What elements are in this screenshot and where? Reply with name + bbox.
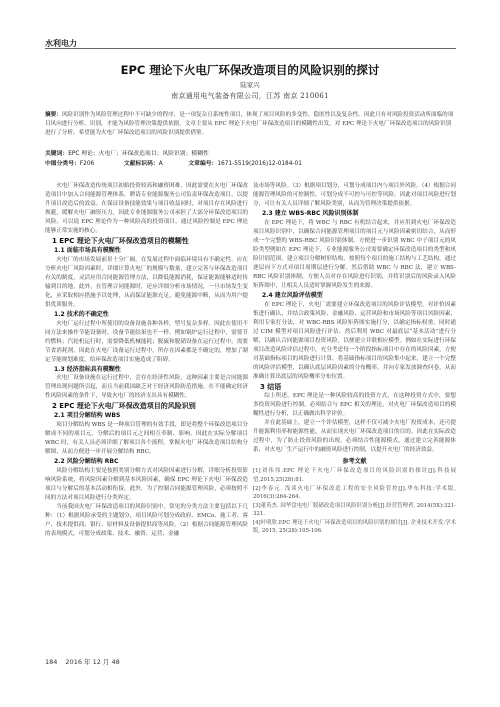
article-title: EPC 理论下火电厂环保改造项目的风险识别的探讨 (0, 62, 500, 78)
references-heading: 参考文献 (253, 457, 456, 466)
abstract-text: 风险识别作为风险管理过程中不可缺少的程序，是一项复杂且系统性项目，体现了项目风险… (45, 112, 453, 136)
paragraph-1-1: 火电厂的市场发展前景十分广阔，在发展过程中面临环境具有不确定性。应在分析火电厂风… (45, 256, 248, 310)
subsection-heading-1-1: 1.1 面临市场具有模糊性 (45, 246, 248, 256)
paragraph-1-3: 火电厂设备设施在运行过程中，会存在经济性风险，这种因素主要是合同能源管理出现问题… (45, 374, 248, 401)
subsection-heading-2-2: 2.2 风险分解结构 RBC (45, 457, 248, 467)
keywords: 关键词：EPC 理论；火电厂；环保改造项目；风险识别；模糊性 (45, 148, 456, 157)
paragraph-2-1: 项目分解结构 WBS 是一种项目管理的有效手段，即是将整个环保改造项目分解成不同… (45, 421, 248, 457)
header-rule (45, 48, 456, 49)
section-heading-3: 3 结语 (253, 382, 456, 392)
page-number: 184 (45, 658, 57, 666)
paragraph-2-2c: 及市场等风险。（3）根据项目划分，可划分成项目内与项目外风险。（4）根据合同能源… (253, 182, 456, 209)
doc-code-label: 文献标识码： (124, 161, 159, 167)
classification-line: 中图分类号：F206 文献标识码：A 文章编号：1671-5519(2016)1… (45, 158, 456, 167)
subsection-heading-1-3: 1.3 经济指标具有模糊性 (45, 365, 248, 375)
page-footer: 1842016 年 12 月 48 (45, 657, 120, 666)
paragraph-2-3: 在 EPC 理论下，将 WBC 与 RBC 有机结合起来，并应用到火电厂环保改造… (253, 219, 456, 291)
section-heading-1: 1 EPC 理论下火电厂环保改造项目的模糊性 (45, 236, 248, 246)
article-no-label: 文章编号： (188, 161, 217, 167)
issue-date: 2016 年 12 月 48 (65, 658, 119, 666)
reference-item: [2]李春元. 浅谈火电厂环保改造工程的安全风险管控[J].华东科技:学术版, … (253, 485, 456, 502)
keywords-text: EPC 理论；火电厂；环保改造项目；风险识别；模糊性 (68, 151, 209, 157)
abstract-label: 摘要： (45, 112, 62, 118)
author-affiliation: 南京通用电气装备有限公司，江苏 南京 210061 (0, 91, 500, 101)
paragraph-2-2b: 当前我国火电厂环保改造项目的风险识别中，常见的分类方法主要包括以下几种：（1）根… (45, 503, 248, 539)
keywords-label: 关键词： (45, 151, 68, 157)
subsection-heading-2-4: 2.4 建立风险评估模型 (253, 291, 456, 301)
clc-label: 中图分类号： (45, 161, 80, 167)
section-heading-2: 2 EPC 理论下火电厂环保改造项目的风险识别 (45, 401, 248, 411)
reference-item: [4]叶明欣.EPC 理论下火电厂环保改造项目的风险识别的探讨[J]. 企业技术… (253, 519, 456, 536)
paragraph-2-2a: 风险分解结构主要是按照类别分解方式对风险因素进行分解，详细分析投资影响风险系统，… (45, 467, 248, 503)
article-author: 陆家兴 (0, 80, 500, 89)
clc-value: F206 (80, 161, 94, 167)
abstract: 摘要：风险识别作为风险管理过程中不可缺少的程序，是一项复杂且系统性项目，体现了项… (45, 111, 456, 138)
subsection-heading-2-3: 2.3 建立 WBS-RBC 风险识别体制 (253, 209, 456, 219)
paragraph-2-4: 在 EPC 理论下，火电厂需要建立环保改造项目的风险评估模型，对评价因素集进行确… (253, 301, 456, 382)
paragraph-3a: 综上所述，EPC 理论是一种风险较高的投资方式，在这种投资方式中，要想多投资风险… (253, 392, 456, 419)
reference-item: [1]刘伟伟.EPC 理论下火电厂环保改造项目的风险识别的探讨[J].科技展望,… (253, 467, 456, 484)
reference-item: [3]董英杰. 国华盘电电厂脱硝改造项目风险识别分析[J].经营管理者, 201… (253, 502, 456, 519)
paragraph-1-2: 火电厂运行过程中所使用的设备设施各种各样，型号复杂多样。因此在使用不同方法来操作… (45, 320, 248, 365)
subsection-heading-2-1: 2.1 项目分解结构 WBS (45, 411, 248, 421)
left-column: 火电厂环保改造传统项目初始投资较高和融资困难，因此需要在火电厂环保改造项目中加入… (45, 182, 248, 539)
subsection-heading-1-2: 1.2 技术的不确定性 (45, 310, 248, 320)
right-column: 及市场等风险。（3）根据项目划分，可划分成项目内与项目外风险。（4）根据合同能源… (253, 182, 456, 536)
paragraph-3b: 并在此基础上，建立一个评估模型，这样不仅可减少火电厂投资成本，还可提升能源利用率… (253, 419, 456, 455)
doc-code-value: A (159, 161, 163, 167)
article-no-value: 1671-5519(2016)12-0184-01 (217, 161, 302, 167)
intro-paragraph: 火电厂环保改造传统项目初始投资较高和融资困难，因此需要在火电厂环保改造项目中加入… (45, 182, 248, 236)
